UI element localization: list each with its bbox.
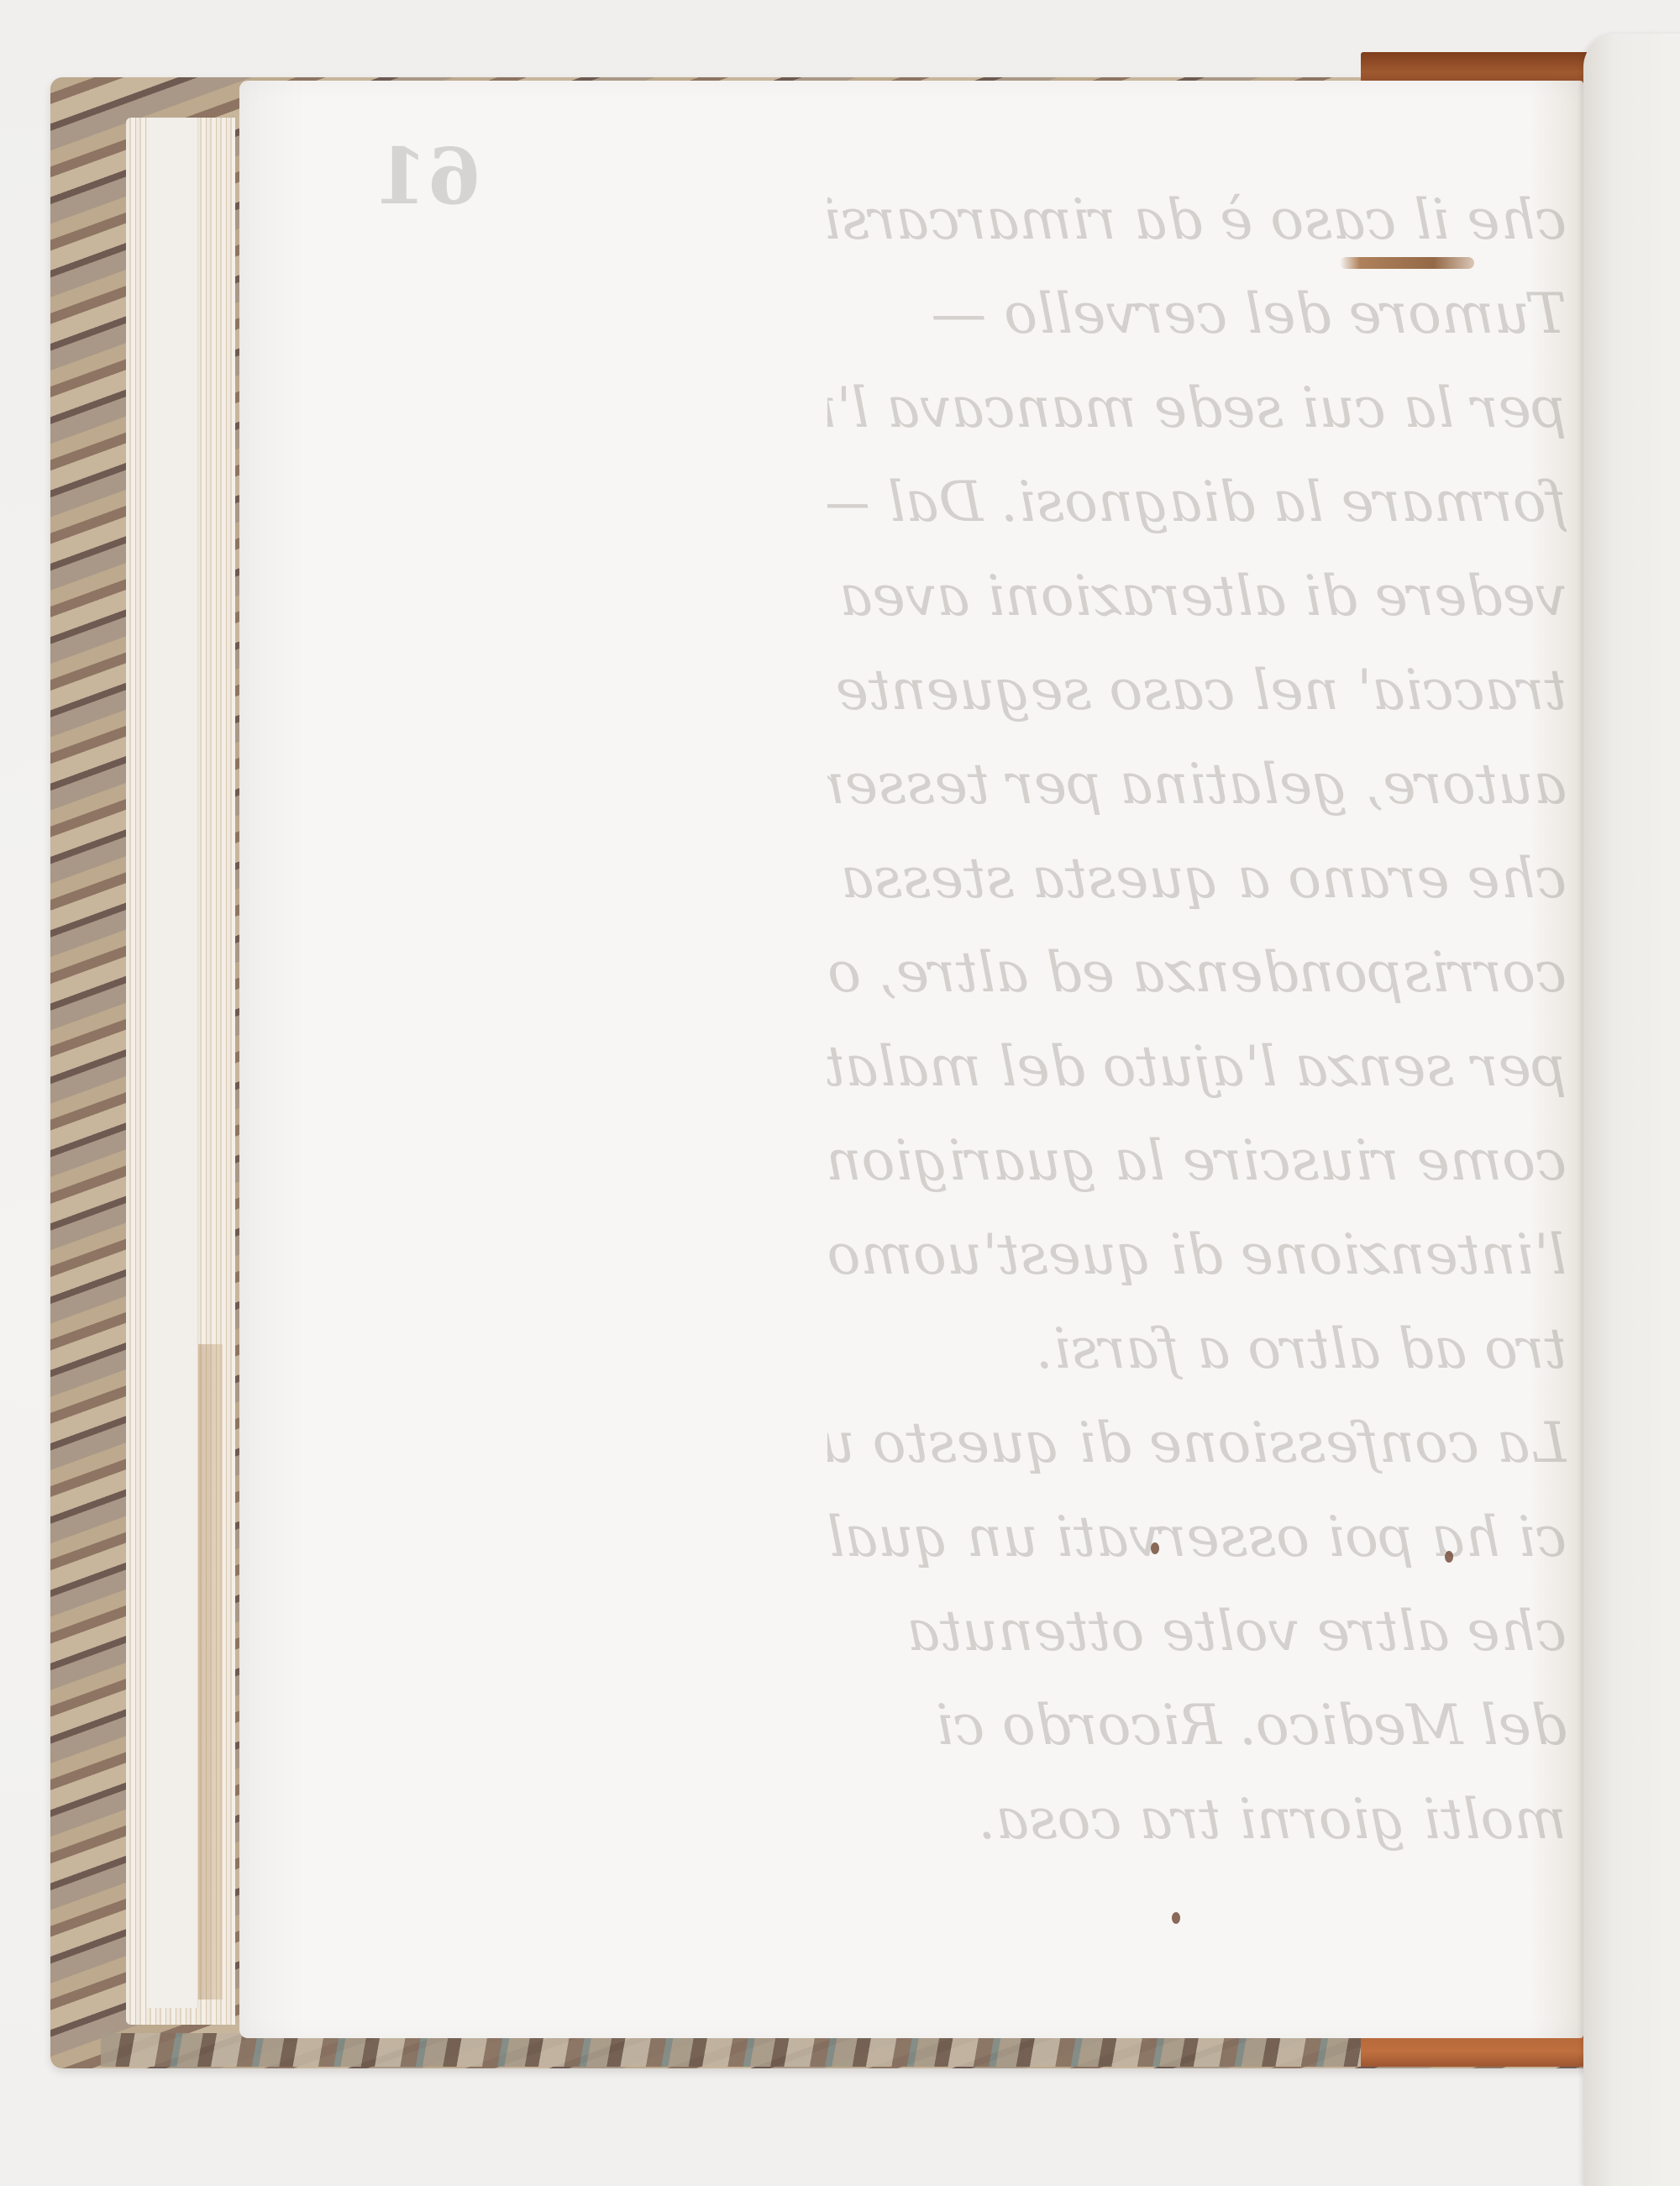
bleed-line: molti giorni tra cosa. [827,1773,1567,1867]
bleed-line: traccia' nel caso seguente [827,644,1567,738]
bleed-line: per la cui sede mancava l'idea di [827,361,1567,455]
manuscript-page: 61 che il caso è da rimarcarsi Tumore de… [239,81,1583,2038]
ink-dot [1151,1542,1159,1554]
bleed-line: del Medico. Ricordo ci [827,1679,1567,1773]
bleed-through-text: che il caso è da rimarcarsi Tumore del c… [827,173,1567,1867]
bleed-line: corrispondenza ed altre, onde [827,926,1567,1020]
bleed-line: autore, gelatina per tessere [827,738,1567,832]
bleed-line: che il caso è da rimarcarsi [827,173,1567,267]
bleed-line: Tumore del cervello — [827,267,1567,361]
bleed-line: vedere di alterazioni avea [827,549,1567,644]
page-number-mirrored: 61 [374,131,481,222]
bleed-line: La confessione di questo uomo [827,1396,1567,1490]
bleed-line: ci ha poi osservati un qual- [827,1490,1567,1584]
ink-dot [1172,1912,1180,1924]
marbled-bottom-edge [101,2033,1361,2067]
ink-dot [1445,1551,1453,1563]
bleed-line: che altre volte ottenuta [827,1584,1567,1679]
bleed-line: tro ad altro a farsi. [827,1302,1567,1396]
bleed-line: per senza l'ajuto del malato [827,1020,1567,1114]
next-leaf-edge [1583,34,1680,2186]
book-photo: 61 che il caso è da rimarcarsi Tumore de… [0,0,1680,2186]
flyleaf [147,118,198,2008]
bleed-line: l'intenzione di quest'uomo Ven- [827,1208,1567,1302]
bleed-line: che erano a questa stessa [827,832,1567,926]
bleed-line: come riuscire la guarigione [827,1114,1567,1208]
bleed-line: formare la diagnosi. Dal — [827,455,1567,549]
